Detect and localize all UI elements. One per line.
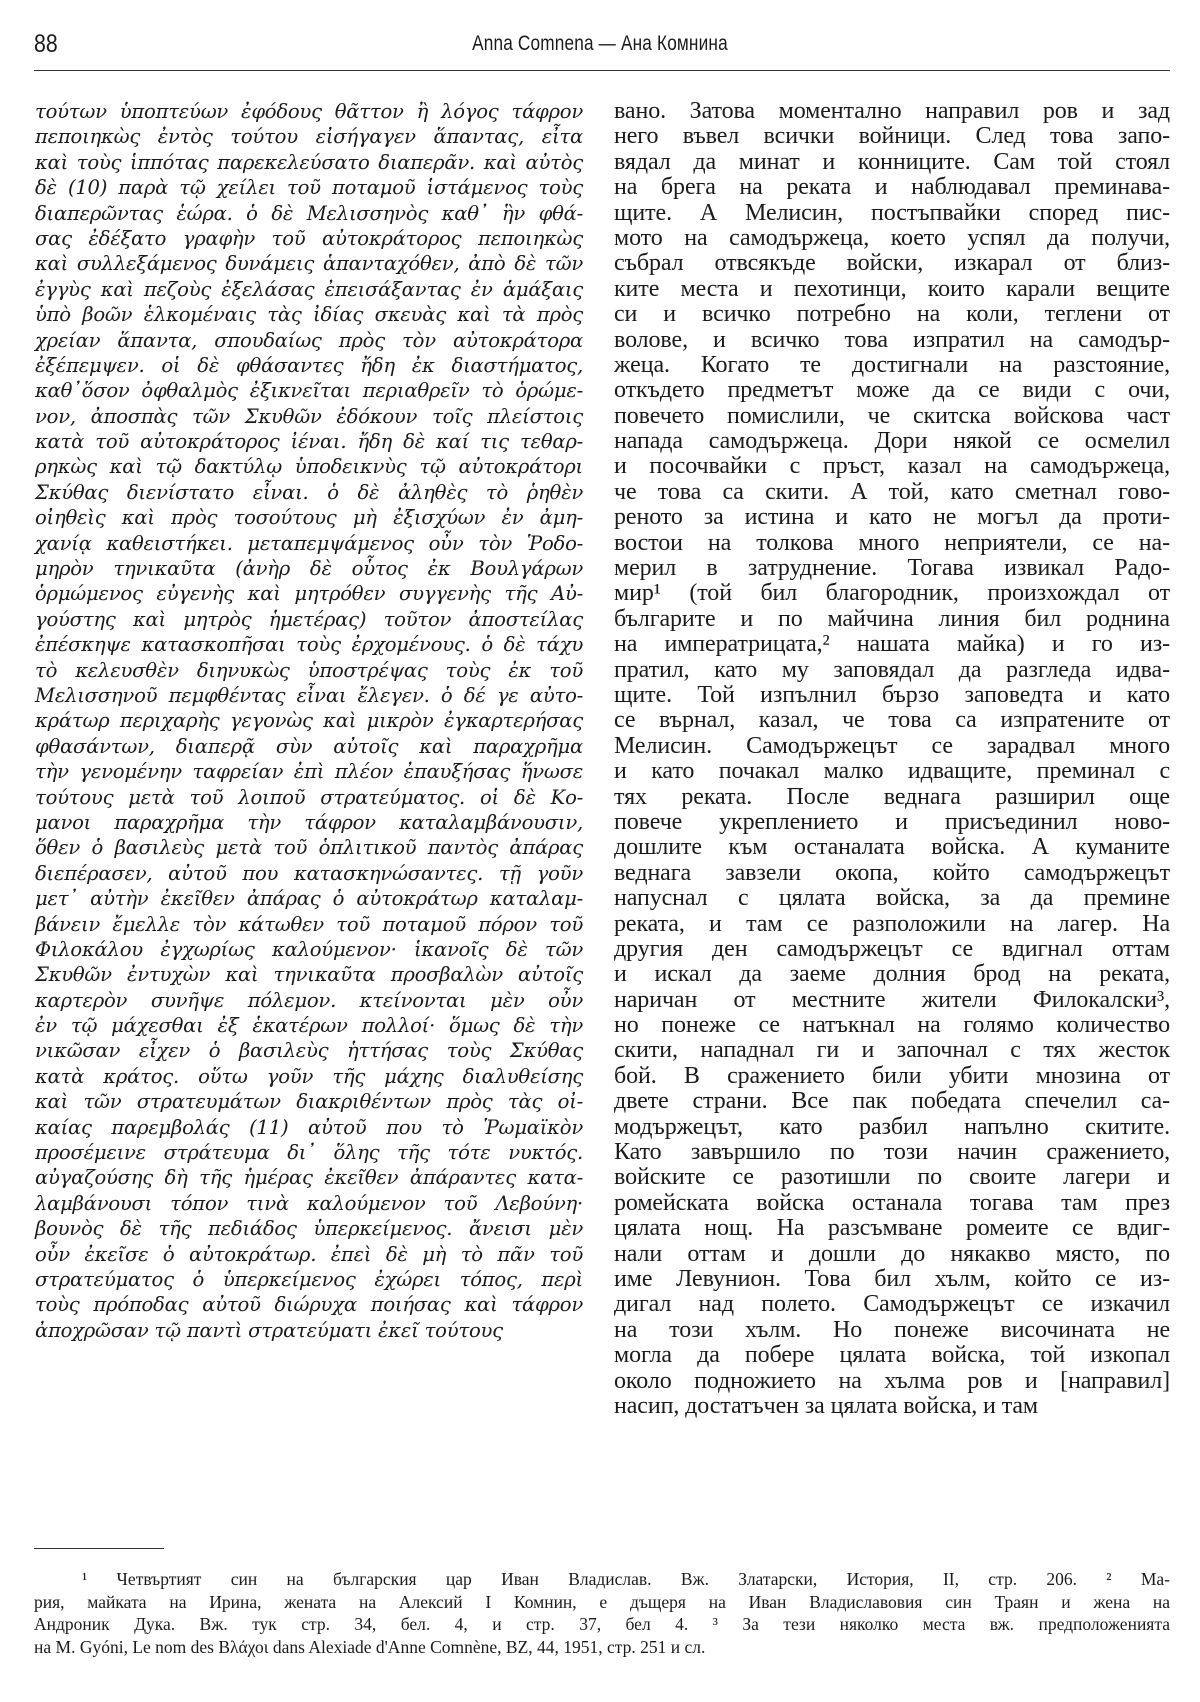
- text-line: μανοι παραχρῆμα τὴν τάφρον καταλαμβάνουσ…: [35, 810, 583, 835]
- text-line: διεπέρασεν, αὐτοῦ που κατασκηνώσαντες. τ…: [35, 861, 583, 886]
- text-line: дигал над полето. Самодържецът се изкачи…: [614, 1292, 1170, 1317]
- text-line: βουνὸς δὲ τῆς πεδιάδος ὑπερκείμενος. ἄνε…: [35, 1216, 583, 1241]
- text-line: него въвел всички войници. След това зап…: [614, 124, 1170, 149]
- text-line: νικῶσαν εἶχεν ὁ βασιλεὺς ἡττήσας τοὺς Σκ…: [35, 1038, 583, 1063]
- text-line: откъдето предметът може да се види с очи…: [614, 378, 1170, 403]
- text-line: Като завършило по този начин сражението,: [614, 1140, 1170, 1165]
- text-line: дошлите към останалата войска. А куманит…: [614, 835, 1170, 860]
- text-line: ἐξέπεμψεν. οἱ δὲ φθάσαντες ἤδη ἐκ διαστή…: [35, 353, 583, 378]
- text-line: χρείαν ἅπαντα, σπουδαίως πρὸς τὸν αὐτοκρ…: [35, 328, 583, 353]
- text-line: τοὺς πρόποδας αὐτοῦ διώρυχα ποιήσας καὶ …: [35, 1292, 583, 1317]
- text-line: щите. Той изпълнил бързо заповедта и кат…: [614, 683, 1170, 708]
- text-line: προσέμεινε στράτευμα δι᾽ ὅλης τῆς τότε ν…: [35, 1140, 583, 1165]
- text-line: βάνειν ἔμελλε τὸν κάτωθεν τοῦ ποταμοῦ πό…: [35, 912, 583, 937]
- text-line: σας ἐδέξατο γραφὴν τοῦ αὐτοκράτορος πεπο…: [35, 226, 583, 251]
- text-line: нали оттам и дошли до някакво място, по: [614, 1242, 1170, 1267]
- text-line: κατὰ κράτος. οὕτω γοῦν τῆς μάχης διαλυθε…: [35, 1064, 583, 1089]
- text-line: ὁρμώμενος εὐγενὴς καὶ μητρόθεν συγγενὴς …: [35, 581, 583, 606]
- text-line: напуснал с цялата войска, за да премине: [614, 886, 1170, 911]
- text-line: καρτερὸν συνῆψε πόλεμον. κτείνονται μὲν …: [35, 988, 583, 1013]
- text-line: καὶ τοὺς ἱππότας παρεκελεύσατο διαπερᾶν.…: [35, 150, 583, 175]
- header-rule: [34, 70, 1170, 71]
- running-head: Anna Comnena — Ана Комнина: [0, 32, 1200, 56]
- text-line: востои на толкова много неприятели, се н…: [614, 531, 1170, 556]
- text-line: λαμβάνουσι τόπον τινὰ καλούμενον τοῦ Λεβ…: [35, 1191, 583, 1216]
- text-line: Σκυθῶν ἐντυχὼν καὶ τηνικαῦτα προσβαλὼν α…: [35, 962, 583, 987]
- text-line: μετ᾽ αὐτὴν ἐκεῖθεν ἀπάρας ὁ αὐτοκράτωρ κ…: [35, 886, 583, 911]
- text-line: събрал отвсякъде войски, изкарал от близ…: [614, 251, 1170, 276]
- text-line: γούστης καὶ μητρὸς ἡμετέρας) τοῦτον ἀποσ…: [35, 607, 583, 632]
- text-line: мерил в затруднение. Тогава извикал Радо…: [614, 556, 1170, 581]
- text-line: οὖν ἐκεῖσε ὁ αὐτοκράτωρ. ἐπεὶ δὲ μὴ τὸ π…: [35, 1242, 583, 1267]
- text-line: си и всичко потребно на коли, теглени от: [614, 302, 1170, 327]
- text-line: тях реката. После веднага разширил още: [614, 785, 1170, 810]
- text-line: ἐν τῷ μάχεσθαι ἐξ ἑκατέρων πολλοί· ὅμως …: [35, 1013, 583, 1038]
- text-line: насип, достатъчен за цялата войска, и та…: [614, 1394, 1170, 1419]
- text-line: στρατεύματος ὁ ὑπερκείμενος ἐχώρει τόπος…: [35, 1267, 583, 1292]
- text-line: двете страни. Все пак победата спечелил …: [614, 1089, 1170, 1114]
- text-line: Μελισσηνοῦ πεμφθέντας εἶναι ἔλεγεν. ὁ δέ…: [35, 683, 583, 708]
- text-line: скити, нападнал ги и започнал с тях жест…: [614, 1038, 1170, 1063]
- text-line: καὶ συλλεξάμενος δυνάμεις ἁπανταχόθεν, ἀ…: [35, 251, 583, 276]
- text-line: καίας παρεμβολάς (11) αὐτοῦ που τὸ Ῥωμαϊ…: [35, 1115, 583, 1140]
- text-line: име Левунион. Това бил хълм, който се из…: [614, 1267, 1170, 1292]
- text-line: пратил, като му заповядал да разгледа ид…: [614, 658, 1170, 683]
- footnote-rule: [34, 1548, 164, 1549]
- text-line: на императрицата,² нашата майка) и го из…: [614, 632, 1170, 657]
- text-line: ρηκὼς καὶ τῷ δακτύλῳ ὑποδεικνὺς τῷ αὐτοκ…: [35, 454, 583, 479]
- text-line: Андроник Дука. Вж. тук стр. 34, бел. 4, …: [34, 1613, 1170, 1636]
- text-line: ¹ Четвъртият син на българския цар Иван …: [34, 1568, 1170, 1591]
- text-line: ромейската войска останала тогава там пр…: [614, 1191, 1170, 1216]
- text-line: реното за истина и като не могъл да прот…: [614, 505, 1170, 530]
- footnotes: ¹ Четвъртият син на българския цар Иван …: [34, 1568, 1170, 1658]
- text-line: българите и по майчина линия бил роднина: [614, 607, 1170, 632]
- text-line: другия ден самодържецът се вдигнал оттам: [614, 937, 1170, 962]
- text-line: Мелисин. Самодържецът се зарадвал много: [614, 734, 1170, 759]
- text-line: на брега на реката и наблюдавал преминав…: [614, 175, 1170, 200]
- text-line: реката, и там се разположили на лагер. Н…: [614, 912, 1170, 937]
- text-line: δὲ (10) παρὰ τῷ χείλει τοῦ ποταμοῦ ἱστάμ…: [35, 175, 583, 200]
- text-line: на този хълм. Но понеже височината не: [614, 1318, 1170, 1343]
- text-line: повечето помислили, че скитска войскова …: [614, 404, 1170, 429]
- greek-text-column: τούτων ὑποπτεύων ἐφόδους θᾶττον ἢ λόγος …: [35, 99, 583, 1343]
- text-line: ὑπὸ βοῶν ἑλκομέναις τὰς ἰδίας σκευὰς καὶ…: [35, 302, 583, 327]
- text-line: напада самодържеца. Дори някой се осмели…: [614, 429, 1170, 454]
- text-line: наричан от местните жители Филокалски³,: [614, 988, 1170, 1013]
- text-line: се върнал, казал, че това са изпратените…: [614, 708, 1170, 733]
- text-line: щите. А Мелисин, постъпвайки според пис-: [614, 201, 1170, 226]
- text-line: διαπερῶντας ἑώρα. ὁ δὲ Μελισσηνὸς καθ᾽ ἣ…: [35, 201, 583, 226]
- text-line: Σκύθας διενίστατο εἶναι. ὁ δὲ ἀληθὲς τὸ …: [35, 480, 583, 505]
- text-line: καθ᾽ὅσον ὀφθαλμὸς ἐξικνεῖται περιαθρεῖν …: [35, 378, 583, 403]
- text-line: τούτους μετὰ τοῦ λοιποῦ στρατεύματος. οἱ…: [35, 785, 583, 810]
- text-line: ἀποχρῶσαν τῷ παντὶ στρατεύματι ἐκεῖ τούτ…: [35, 1318, 583, 1343]
- text-line: могла да побере цялата войска, той изкоп…: [614, 1343, 1170, 1368]
- text-line: πεποιηκὼς ἐντὸς τούτου εἰσήγαγεν ἅπαντας…: [35, 124, 583, 149]
- text-line: вано. Затова моментално направил ров и з…: [614, 99, 1170, 124]
- text-line: вядал да минат и конниците. Сам той стоя…: [614, 150, 1170, 175]
- text-line: на M. Gyóni, Le nom des Βλάχοι dans Alex…: [34, 1636, 1170, 1659]
- text-line: и като почакал малко идващите, преминал …: [614, 759, 1170, 784]
- text-line: Φιλοκάλου ἐγχωρίως καλούμενον· ἱκανοῖς δ…: [35, 937, 583, 962]
- text-line: νον, ἀποσπὰς τῶν Σκυθῶν ἐδόκουν τοῖς πλε…: [35, 404, 583, 429]
- text-line: но понеже се натъкнал на голямо количест…: [614, 1013, 1170, 1038]
- text-line: цялата нощ. На разсъмване ромеите се вди…: [614, 1216, 1170, 1241]
- text-line: че това са скити. А той, като сметнал го…: [614, 480, 1170, 505]
- text-line: αὐγαζούσης δὴ τῆς ἡμέρας ἐκεῖθεν ἀπάραντ…: [35, 1165, 583, 1190]
- text-line: около подножието на хълма ров и [направи…: [614, 1369, 1170, 1394]
- text-line: войските се разотишли по своите лагери и: [614, 1165, 1170, 1190]
- text-line: модържецът, като разбил напълно скитите.: [614, 1115, 1170, 1140]
- text-line: мото на самодържеца, което успял да полу…: [614, 226, 1170, 251]
- text-line: мир¹ (той бил благородник, произхождал о…: [614, 581, 1170, 606]
- text-line: рия, майката на Ирина, жената на Алексий…: [34, 1591, 1170, 1614]
- text-line: бой. В сражението били убити мнозина от: [614, 1064, 1170, 1089]
- running-head-title: Anna Comnena — Ана Комнина: [472, 32, 728, 56]
- text-line: τούτων ὑποπτεύων ἐφόδους θᾶττον ἢ λόγος …: [35, 99, 583, 124]
- bulgarian-translation-column: вано. Затова моментално направил ров и з…: [614, 99, 1170, 1419]
- text-line: повече укреплението и присъединил ново-: [614, 810, 1170, 835]
- text-line: и искал да заеме долния брод на реката,: [614, 962, 1170, 987]
- text-line: φθασάντων, διαπερᾷ σὺν αὐτοῖς καὶ παραχρ…: [35, 734, 583, 759]
- text-line: ὅθεν ὁ βασιλεὺς μετὰ τοῦ ὁπλιτικοῦ παντὸ…: [35, 835, 583, 860]
- text-line: τὴν γενομένην ταφρείαν ἐπὶ πλέον ἐπαυξήσ…: [35, 759, 583, 784]
- text-line: ките места и пехотинци, които карали вещ…: [614, 277, 1170, 302]
- text-line: οἰηθεὶς καὶ πρὸς τοσούτους μὴ ἐξισχύων ἐ…: [35, 505, 583, 530]
- text-line: жеца. Когато те достигнали на разстояние…: [614, 353, 1170, 378]
- text-line: κατὰ τοῦ αὐτοκράτορος ἰέναι. ἤδη δὲ καί …: [35, 429, 583, 454]
- text-line: веднага завзели окопа, който самодържецъ…: [614, 861, 1170, 886]
- text-line: волове, и всичко това изпратил на самодъ…: [614, 328, 1170, 353]
- text-line: и посочвайки с пръст, казал на самодърже…: [614, 454, 1170, 479]
- text-line: κράτωρ περιχαρὴς γεγονὼς καὶ μικρὸν ἐγκα…: [35, 708, 583, 733]
- text-line: καὶ τῶν στρατευμάτων διακριθέντων πρὸς τ…: [35, 1089, 583, 1114]
- text-line: χανίᾳ καθειστήκει. μεταπεμψάμενος οὖν τὸ…: [35, 531, 583, 556]
- text-line: μηρὸν τηνικαῦτα (ἀνὴρ δὲ οὗτος ἐκ Βουλγά…: [35, 556, 583, 581]
- text-line: ἐγγὺς καὶ πεζοὺς ἐξελάσας ἐπεισάξαντας ἐ…: [35, 277, 583, 302]
- text-line: τὸ κελευσθὲν διηνυκὼς ὑποστρέψας τοὺς ἐκ…: [35, 658, 583, 683]
- text-line: ἐπέσκηψε κατασκοπῆσαι τοὺς ἐρχομένους. ὁ…: [35, 632, 583, 657]
